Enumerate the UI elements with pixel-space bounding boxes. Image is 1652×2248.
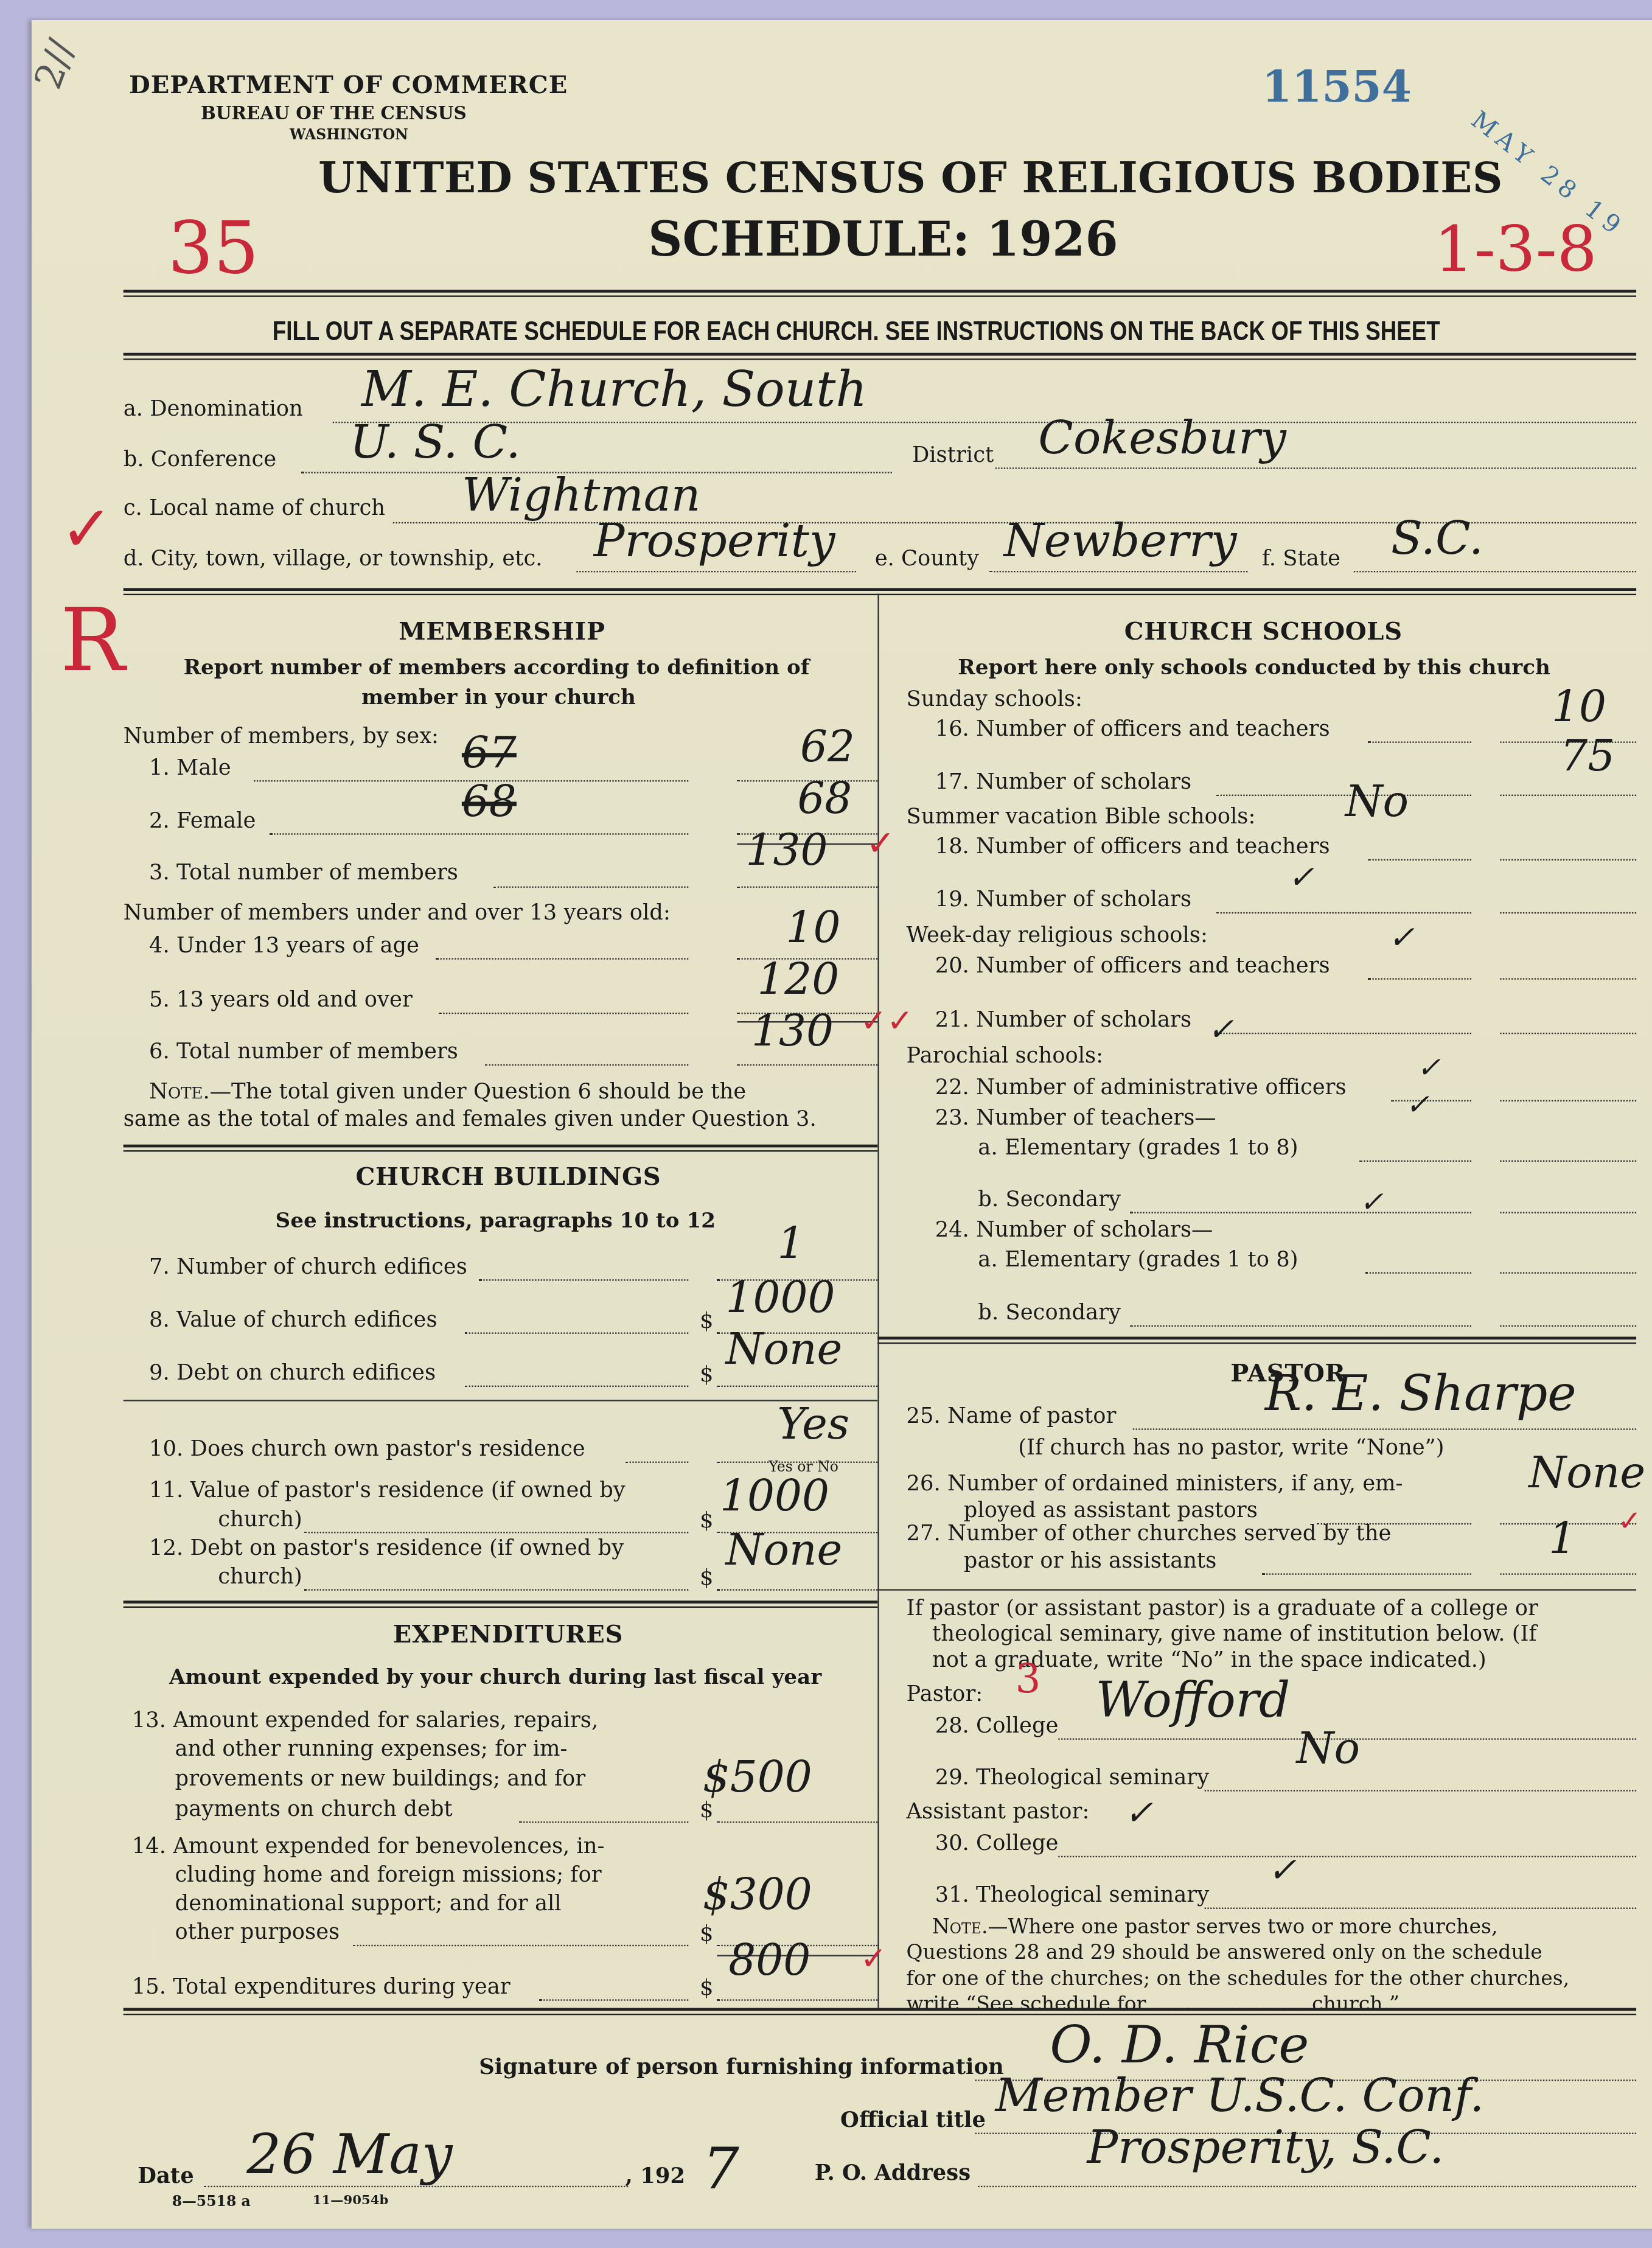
pastor-note-line-1: Note.—Where one pastor serves two or mor… [932, 1916, 1498, 1939]
q8-currency: $ [700, 1308, 714, 1333]
q15-label: 15. Total expenditures during year [132, 1974, 511, 1999]
q8-value-field[interactable]: 1000 [726, 1274, 835, 1324]
q8-line [465, 1332, 689, 1333]
q23b-line [1130, 1212, 1471, 1213]
form-code-1: 8—5518 a [172, 2194, 251, 2210]
expenditures-subheading: Amount expended by your church during la… [169, 1665, 821, 1689]
q12-label-1: 12. Debt on pastor's residence (if owned… [149, 1535, 624, 1560]
official-title-field[interactable]: Member U.S.C. Conf. [995, 2068, 1485, 2123]
q29-label: 29. Theological seminary [935, 1764, 1210, 1790]
q5-line [439, 1013, 688, 1014]
denomination-line [333, 422, 1636, 423]
q26-label-2: ployed as assistant pastors [964, 1497, 1258, 1523]
district-field[interactable]: Cokesbury [1038, 410, 1286, 465]
q17-answer-line [1500, 795, 1636, 796]
q21-check-mark: ✓ [1207, 1013, 1233, 1049]
q17-line [1216, 795, 1472, 796]
pastor-note-line-3: for one of the churches; on the schedule… [906, 1968, 1569, 1991]
q14-line-4: other purposes [175, 1919, 340, 1944]
q4-under-13-field[interactable]: 10 [786, 904, 841, 954]
census-schedule-form: 2// DEPARTMENT OF COMMERCE BUREAU OF THE… [32, 20, 1652, 2229]
q22-label: 22. Number of administrative officers [935, 1074, 1347, 1100]
q30-label: 30. College [935, 1830, 1059, 1855]
q10-label: 10. Does church own pastor's residence [149, 1436, 585, 1461]
q14-dots [353, 1945, 688, 1946]
q11-value-field[interactable]: 1000 [720, 1471, 829, 1521]
q9-answer-line [717, 1386, 877, 1387]
q10-line [626, 1462, 689, 1463]
county-line [989, 571, 1247, 572]
q24b-answer-line [1500, 1325, 1636, 1327]
city-line [576, 571, 856, 572]
q14-line-2: cluding home and foreign missions; for [175, 1862, 602, 1887]
po-address-label: P. O. Address [815, 2160, 971, 2185]
q25-label: 25. Name of pastor [906, 1403, 1116, 1428]
q27-label-1: 27. Number of other churches served by t… [906, 1520, 1391, 1546]
q27-answer-line [1500, 1573, 1636, 1574]
q26-assistant-pastors-field[interactable]: None [1528, 1448, 1645, 1498]
by-age-label: Number of members under and over 13 year… [124, 899, 671, 925]
q3-total-label: 3. Total number of members [149, 859, 458, 885]
q20-line [1368, 978, 1471, 979]
schedule-year: SCHEDULE: 1926 [648, 211, 1118, 267]
q12-answer-line [717, 1589, 877, 1590]
q22-line [1391, 1100, 1471, 1101]
year-digit-field[interactable]: 7 [703, 2137, 739, 2203]
q15-total-field[interactable]: 800 [728, 1936, 810, 1986]
summer-schools-label: Summer vacation Bible schools: [906, 803, 1255, 829]
form-code-2: 11—9054b [313, 2194, 389, 2209]
q19-label: 19. Number of scholars [935, 887, 1191, 912]
q2-female-label: 2. Female [149, 808, 256, 833]
q23a-line [1359, 1161, 1471, 1162]
q23a-answer-line [1500, 1161, 1636, 1162]
q25-line [1133, 1428, 1636, 1429]
q12-currency: $ [700, 1565, 714, 1590]
column-divider [877, 594, 879, 2008]
summer-schools-field[interactable]: No [1345, 777, 1409, 827]
local-name-label: c. Local name of church [124, 495, 385, 520]
q4-under-13-label: 4. Under 13 years of age [149, 932, 419, 958]
parochial-schools-label: Parochial schools: [906, 1042, 1103, 1068]
district-label: District [912, 442, 994, 467]
q3-check-mark: ✓ [866, 823, 895, 864]
q6-total-label: 6. Total number of members [149, 1038, 458, 1064]
q7-edifices-field[interactable]: 1 [777, 1219, 804, 1269]
graduate-instructions-1: If pastor (or assistant pastor) is a gra… [906, 1595, 1538, 1621]
q31-check-mark: ✓ [1267, 1850, 1296, 1890]
date-line [204, 2186, 629, 2187]
form-title: UNITED STATES CENSUS OF RELIGIOUS BODIES [318, 153, 1503, 202]
q12-line [304, 1589, 689, 1590]
q14-line-3: denominational support; and for all [175, 1890, 562, 1916]
assistant-pastor-label: Assistant pastor: [906, 1798, 1089, 1824]
pastor-red-mark: 3 [1016, 1655, 1041, 1703]
q21-answer-line [1500, 1033, 1636, 1034]
membership-end-rule [124, 1145, 878, 1152]
city-label: d. City, town, village, or township, etc… [124, 545, 543, 571]
membership-heading: MEMBERSHIP [399, 618, 605, 647]
county-label: e. County [875, 545, 979, 571]
q5-over-13-label: 5. 13 years old and over [149, 986, 413, 1012]
q9-line [465, 1386, 689, 1387]
by-sex-label: Number of members, by sex: [124, 723, 439, 749]
q24a-answer-line [1500, 1272, 1636, 1273]
po-address-line [978, 2186, 1636, 2187]
q4-line [436, 958, 688, 959]
pastor-mid-rule [877, 1589, 1636, 1590]
q23b-answer-line [1500, 1212, 1636, 1213]
county-field[interactable]: Newberry [1004, 514, 1237, 568]
q21-line [1216, 1033, 1472, 1034]
q6-total-field[interactable]: 130 [751, 1007, 834, 1056]
q1-male-label: 1. Male [149, 755, 231, 780]
q18-line [1368, 859, 1471, 860]
red-mark-35: 35 [168, 206, 259, 290]
q28-college-field[interactable]: Wofford [1096, 1672, 1291, 1730]
q11-label-1: 11. Value of pastor's residence (if owne… [149, 1478, 626, 1503]
q14-currency: $ [700, 1921, 714, 1946]
q24a-label: a. Elementary (grades 1 to 8) [978, 1246, 1298, 1272]
banner-rule [124, 353, 1636, 360]
city-name: WASHINGTON [290, 128, 408, 144]
q3-answer-line [737, 887, 877, 888]
q22-check-mark: ✓ [1417, 1050, 1441, 1084]
corner-mark: 2// [27, 34, 85, 95]
q8-label: 8. Value of church edifices [149, 1307, 437, 1332]
q25-hint: (If church has no pastor, write “None”) [1018, 1434, 1444, 1460]
q18-answer-line [1500, 859, 1636, 860]
pastor-label: Pastor: [906, 1681, 983, 1706]
q20-answer-line [1500, 978, 1636, 979]
q9-currency: $ [700, 1361, 714, 1387]
q11-currency: $ [700, 1507, 714, 1533]
q29-line [1205, 1790, 1636, 1791]
state-label: f. State [1262, 545, 1340, 571]
margin-check-mark: ✓ [60, 494, 113, 567]
official-title-label: Official title [840, 2107, 986, 2132]
state-field[interactable]: S.C. [1391, 511, 1483, 565]
graduate-instructions-2: theological seminary, give name of insti… [932, 1621, 1537, 1646]
q26-label-1: 26. Number of ordained ministers, if any… [906, 1470, 1403, 1496]
q24a-line [1365, 1272, 1471, 1273]
q16-officers-field[interactable]: 10 [1552, 683, 1606, 733]
instructions-banner: FILL OUT A SEPARATE SCHEDULE FOR EACH CH… [273, 317, 1440, 349]
q16-label: 16. Number of officers and teachers [935, 716, 1330, 741]
q25-pastor-name-field[interactable]: R. E. Sharpe [1265, 1366, 1577, 1423]
q12-debt-field[interactable]: None [726, 1526, 843, 1576]
signature-field[interactable]: O. D. Rice [1050, 2017, 1309, 2076]
signature-label: Signature of person furnishing informati… [479, 2054, 1004, 2079]
q23-check-mark: ✓ [1406, 1087, 1430, 1122]
q23a-label: a. Elementary (grades 1 to 8) [978, 1134, 1298, 1160]
q16-line [1368, 741, 1471, 742]
conference-field[interactable]: U. S. C. [350, 414, 520, 469]
q31-line [1205, 1908, 1636, 1909]
q11-label-2: church) [218, 1506, 302, 1532]
q2-line [270, 833, 688, 834]
church-schools-subheading: Report here only schools conducted by th… [958, 655, 1550, 680]
denomination-label: a. Denomination [124, 396, 303, 421]
city-field[interactable]: Prosperity [594, 514, 835, 568]
membership-note-line-1: Note.—The total given under Question 6 s… [149, 1078, 746, 1104]
q7-label: 7. Number of church edifices [149, 1254, 467, 1279]
q2-struck-value: 68 [462, 777, 517, 827]
q28-label: 28. College [935, 1712, 1059, 1738]
q11-line [304, 1532, 689, 1533]
date-label: Date [138, 2163, 193, 2188]
q9-label: 9. Debt on church edifices [149, 1360, 436, 1385]
sunday-schools-label: Sunday schools: [906, 686, 1082, 711]
q27-other-churches-field[interactable]: 1 [1549, 1515, 1576, 1565]
q12-label-2: church) [218, 1563, 302, 1589]
q15-answer-line [717, 1999, 877, 2000]
q24-label: 24. Number of scholars— [935, 1217, 1213, 1242]
q19-answer-line [1500, 912, 1636, 913]
q6-line [485, 1064, 689, 1066]
margin-r-mark: R [60, 591, 125, 691]
q2-female-field[interactable]: 68 [797, 775, 852, 825]
q30-check-mark: ✓ [1124, 1793, 1153, 1833]
q21-label: 21. Number of scholars [935, 1007, 1191, 1032]
buildings-end-rule [124, 1600, 878, 1608]
q23-label: 23. Number of teachers— [935, 1105, 1216, 1130]
year-prefix: , 192 [626, 2163, 685, 2188]
membership-note-line-2: same as the total of males and females g… [124, 1106, 817, 1131]
po-address-field[interactable]: Prosperity, S.C. [1087, 2120, 1444, 2174]
conference-label: b. Conference [124, 446, 277, 472]
q27-label-2: pastor or his assistants [964, 1548, 1217, 1573]
q6-check-mark: ✓✓ [860, 1004, 913, 1040]
q6-answer-line [737, 1064, 877, 1066]
district-line [995, 467, 1636, 469]
q29-seminary-field[interactable]: No [1297, 1724, 1360, 1774]
q13-line-4: payments on church debt [175, 1796, 453, 1821]
q27-check-mark: ✓ [1617, 1503, 1642, 1538]
red-mark-1-3-8: 1-3-8 [1434, 214, 1597, 287]
q27-line [1262, 1573, 1471, 1574]
q14-benevolences-field[interactable]: $300 [703, 1870, 812, 1920]
q19-check-mark: ✓ [1288, 860, 1314, 896]
q30-line [1058, 1856, 1636, 1857]
schools-end-rule [877, 1337, 1636, 1344]
q22-answer-line [1500, 1100, 1636, 1101]
buildings-subheading: See instructions, paragraphs 10 to 12 [276, 1209, 716, 1234]
q19-line [1216, 912, 1472, 913]
pastor-note-line-2: Questions 28 and 29 should be answered o… [906, 1942, 1542, 1965]
q23b-check-mark: ✓ [1359, 1185, 1384, 1220]
q14-line-1: 14. Amount expended for benevolences, in… [132, 1833, 605, 1859]
department-name: DEPARTMENT OF COMMERCE [129, 72, 568, 100]
q10-residence-field[interactable]: Yes [777, 1400, 849, 1450]
membership-subheading-2: member in your church [361, 686, 636, 710]
q9-debt-field[interactable]: None [726, 1325, 843, 1375]
q1-male-field[interactable]: 62 [800, 723, 855, 773]
q13-running-expenses-field[interactable]: $500 [703, 1753, 812, 1803]
expenditures-heading: EXPENDITURES [393, 1621, 623, 1649]
q23b-label: b. Secondary [978, 1186, 1121, 1212]
q1-struck-value: 67 [462, 728, 517, 778]
q13-line-1: 13. Amount expended for salaries, repair… [132, 1707, 598, 1733]
q5-over-13-field[interactable]: 120 [757, 955, 839, 1005]
q15-check-mark: ✓ [860, 1942, 887, 1978]
q7-line [479, 1279, 688, 1280]
q18-label: 18. Number of officers and teachers [935, 833, 1330, 859]
q17-label: 17. Number of scholars [935, 769, 1191, 794]
church-schools-heading: CHURCH SCHOOLS [1124, 618, 1403, 647]
q13-line-3: provements or new buildings; and for [175, 1765, 586, 1791]
q24b-label: b. Secondary [978, 1299, 1121, 1325]
q31-label: 31. Theological seminary [935, 1882, 1210, 1907]
footer-rule [124, 2008, 1636, 2016]
q13-dots [519, 1821, 688, 1823]
serial-number: 11554 [1262, 63, 1412, 113]
date-field[interactable]: 26 May [246, 2123, 452, 2186]
buildings-heading: CHURCH BUILDINGS [355, 1163, 661, 1192]
q20-label: 20. Number of officers and teachers [935, 952, 1330, 978]
q3-line [493, 887, 689, 888]
q17-scholars-field[interactable]: 75 [1560, 731, 1615, 781]
buildings-mid-rule [124, 1400, 878, 1401]
q20-check-mark: ✓ [1388, 921, 1414, 957]
header-rule [124, 290, 1636, 297]
denomination-field[interactable]: M. E. Church, South [361, 361, 867, 419]
membership-subheading-1: Report number of members according to de… [184, 655, 810, 680]
q13-line-2: and other running expenses; for im- [175, 1736, 568, 1761]
state-line [1354, 571, 1636, 572]
q15-dots [539, 1999, 688, 2000]
q24b-line [1130, 1325, 1471, 1327]
bureau-name: BUREAU OF THE CENSUS [201, 102, 467, 123]
weekday-schools-label: Week-day religious schools: [906, 922, 1207, 948]
q13-answer-line [717, 1821, 877, 1823]
q3-total-field[interactable]: 130 [746, 826, 828, 876]
q15-currency: $ [700, 1975, 714, 2000]
section-rule [124, 588, 1636, 595]
